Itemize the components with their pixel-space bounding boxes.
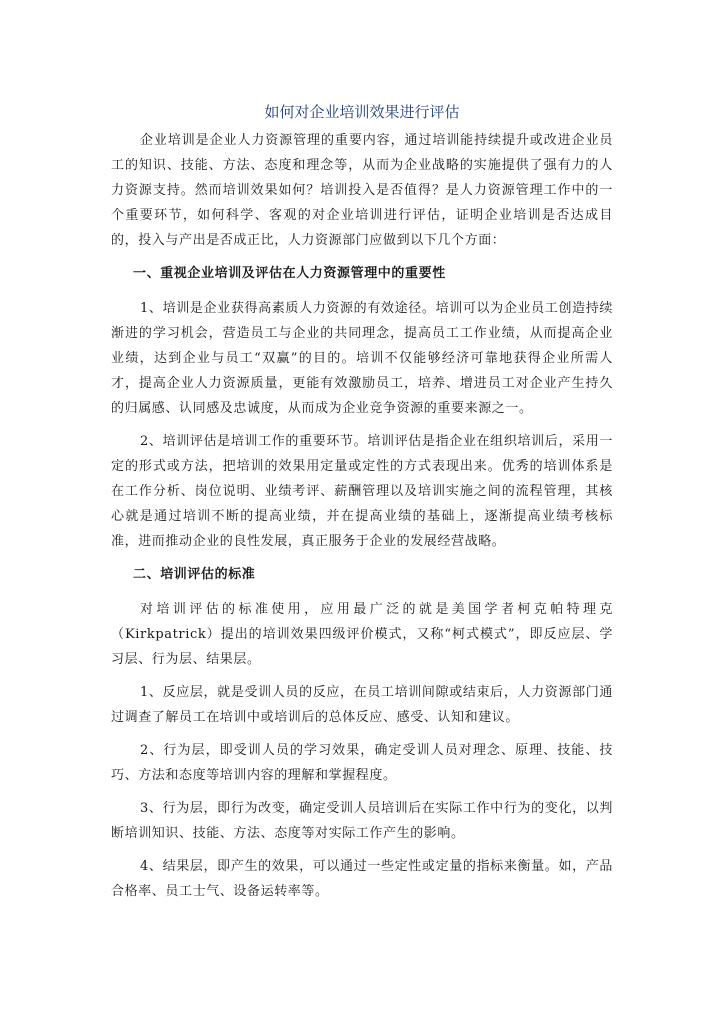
section2-paragraph-reaction: 1、反应层，就是受训人员的反应，在员工培训间隙或结束后，人力资源部门通过调查了解… <box>111 680 613 730</box>
intro-paragraph: 企业培训是企业人力资源管理的重要内容，通过培训能持续提升或改进企业员工的知识、技… <box>111 128 613 253</box>
section1-paragraph-2: 2、培训评估是培训工作的重要环节。培训评估是指企业在组织培训后，采用一定的形式或… <box>111 429 613 554</box>
section-heading-standards: 二、培训评估的标准 <box>111 562 613 587</box>
section-heading-importance: 一、重视企业培训及评估在人力资源管理中的重要性 <box>111 261 613 286</box>
document-title: 如何对企业培训效果进行评估 <box>111 100 613 124</box>
section2-paragraph-intro: 对培训评估的标准使用，应用最广泛的就是美国学者柯克帕特理克（Kirkpatric… <box>111 597 613 672</box>
section2-paragraph-learning: 2、行为层，即受训人员的学习效果，确定受训人员对理念、原理、技能、技巧、方法和态… <box>111 738 613 788</box>
document-page: 如何对企业培训效果进行评估 企业培训是企业人力资源管理的重要内容，通过培训能持续… <box>111 100 613 912</box>
section1-paragraph-1: 1、培训是企业获得高素质人力资源的有效途径。培训可以为企业员工创造持续渐进的学习… <box>111 296 613 421</box>
section2-paragraph-results: 4、结果层，即产生的效果，可以通过一些定性或定量的指标来衡量。如，产品合格率、员… <box>111 854 613 904</box>
section2-paragraph-behavior: 3、行为层，即行为改变，确定受训人员培训后在实际工作中行为的变化，以判断培训知识… <box>111 796 613 846</box>
